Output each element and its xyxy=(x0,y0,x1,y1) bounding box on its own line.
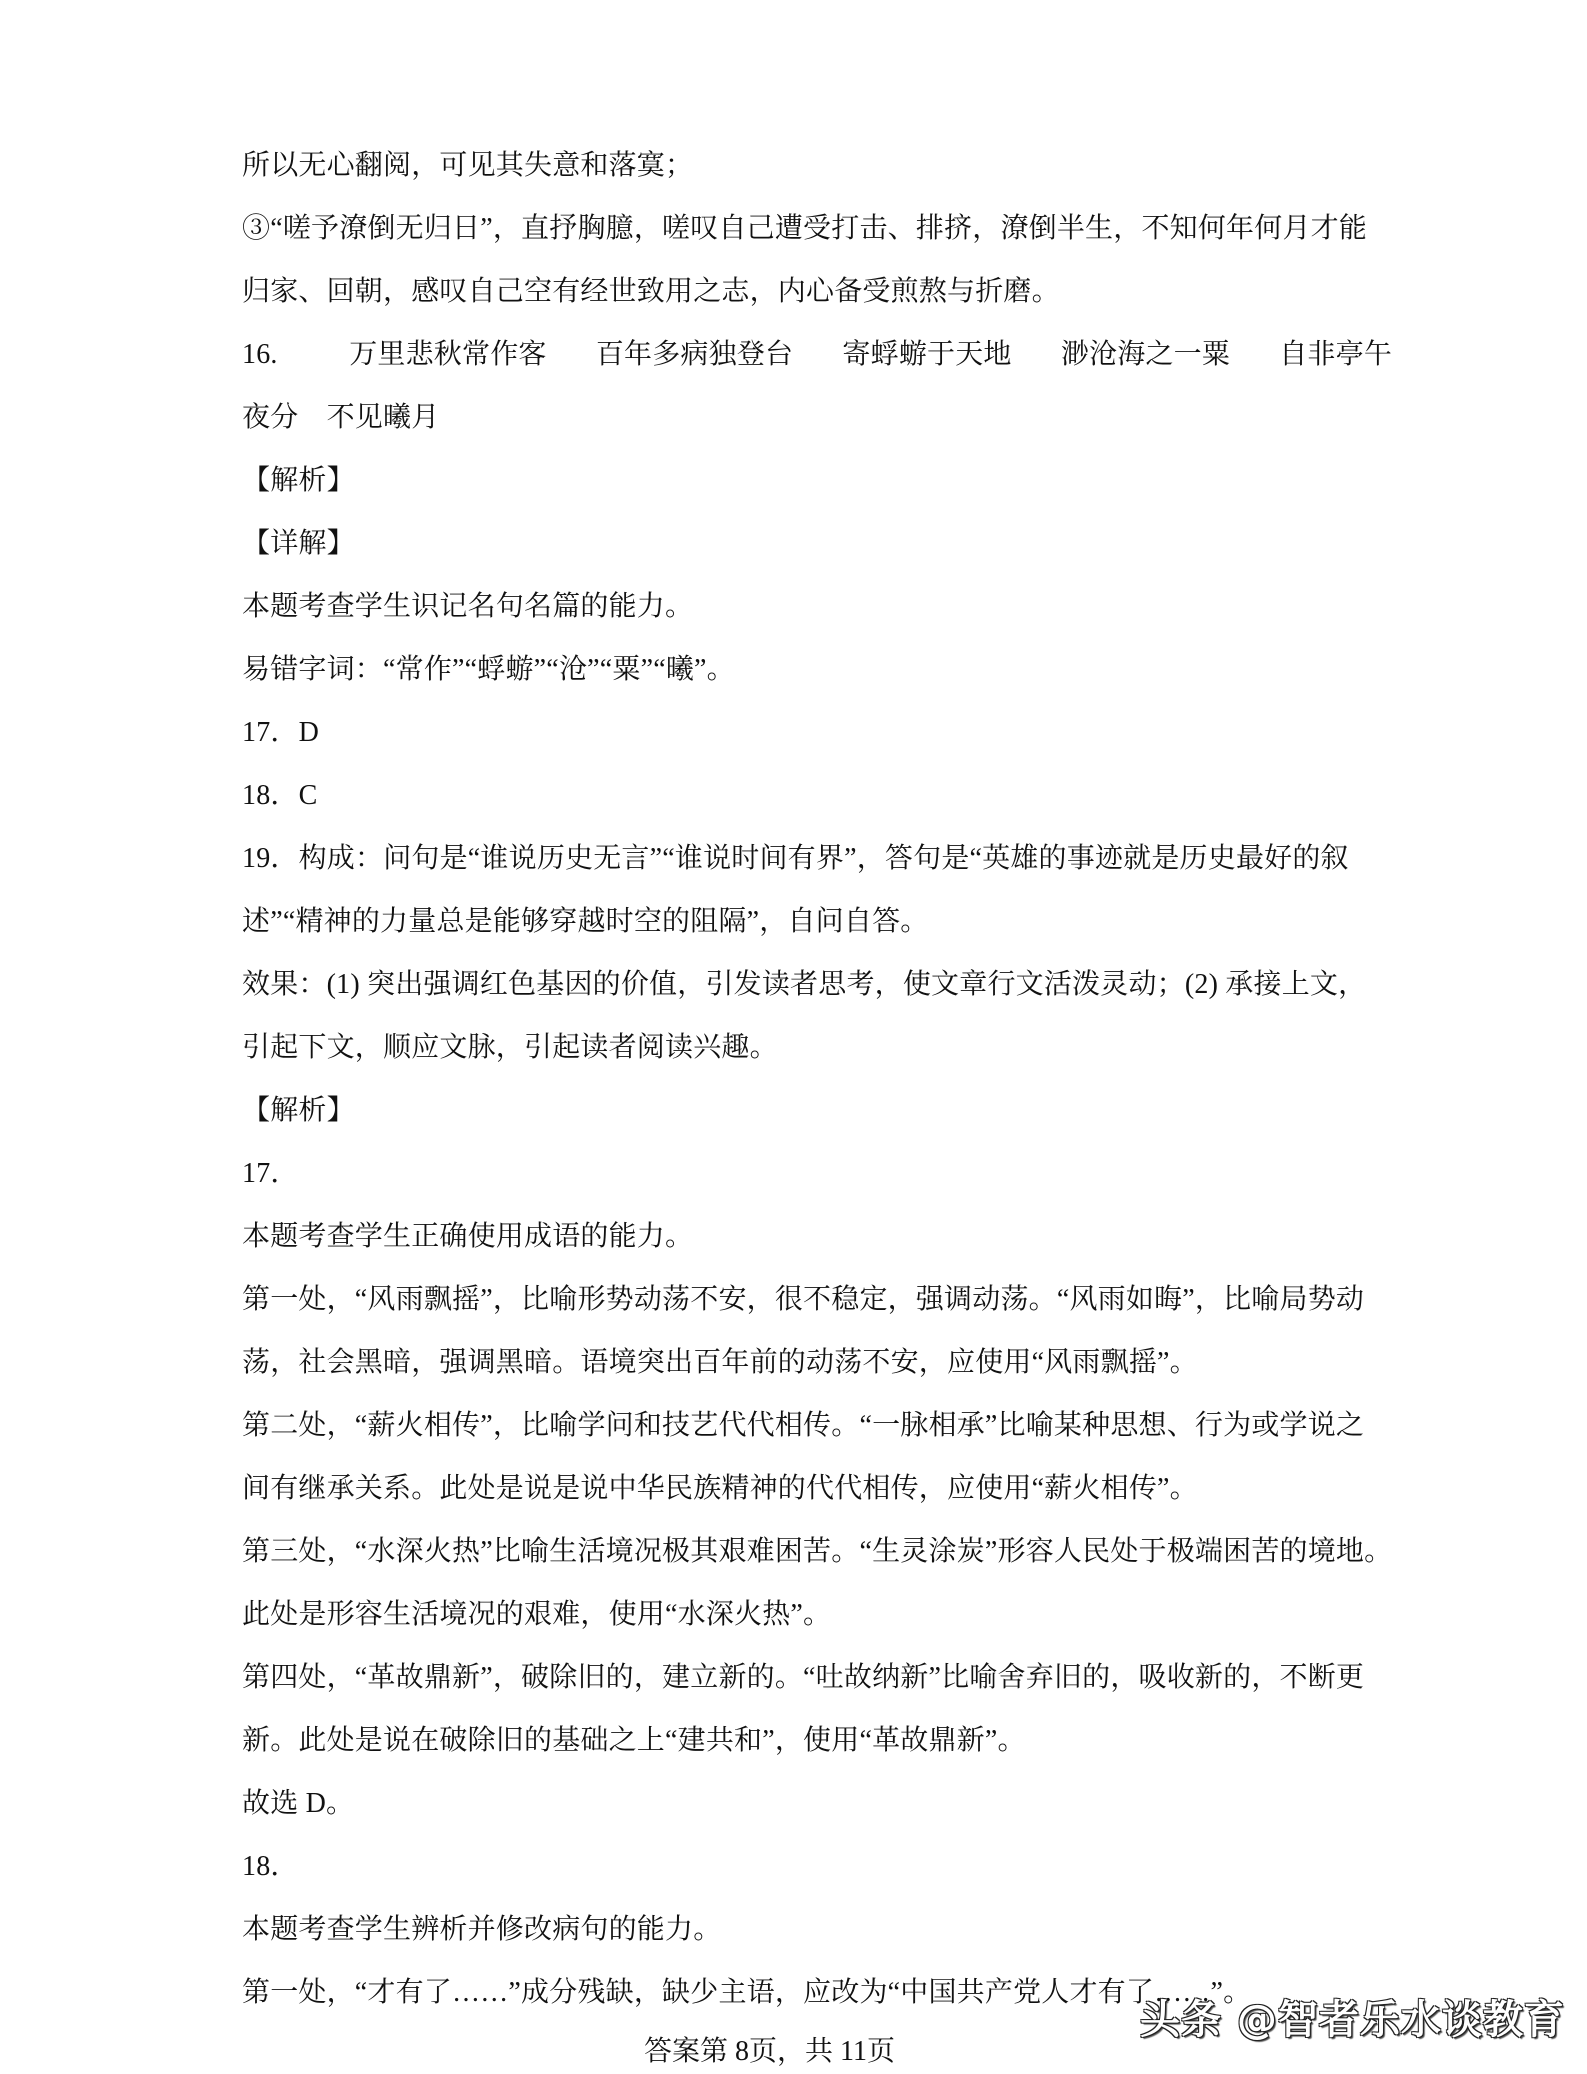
text-line: ③“嗟予潦倒无归日”，直抒胸臆，嗟叹自己遭受打击、排挤，潦倒半生，不知何年何月才… xyxy=(242,211,1362,247)
answer-phrase: 自非亭午 xyxy=(1279,337,1392,373)
text-line: 第二处，“薪火相传”，比喻学问和技艺代代相传。“一脉相承”比喻某种思想、行为或学… xyxy=(242,1408,1362,1444)
text-line: 新。此处是说在破除旧的基础之上“建共和”，使用“革故鼎新”。 xyxy=(242,1723,1362,1759)
section-heading: 【解析】 xyxy=(242,1093,1362,1129)
text-line: 归家、回朝，感叹自己空有经世致用之志，内心备受煎熬与折磨。 xyxy=(242,274,1362,310)
text-line: 此处是形容生活境况的艰难，使用“水深火热”。 xyxy=(242,1597,1362,1633)
document-page: 所以无心翻阅，可见其失意和落寞； ③“嗟予潦倒无归日”，直抒胸臆，嗟叹自己遭受打… xyxy=(0,0,1587,2074)
text-line: 本题考查学生正确使用成语的能力。 xyxy=(242,1219,1362,1255)
text-line: 第四处，“革故鼎新”，破除旧的，建立新的。“吐故纳新”比喻舍弃旧的，吸收新的，不… xyxy=(242,1660,1362,1696)
text-line: 易错字词：“常作”“蜉蝣”“沧”“粟”“曦”。 xyxy=(242,652,1362,688)
watermark: 头条 @智者乐水谈教育 xyxy=(1140,1996,1565,2044)
answer-line: 17．D xyxy=(242,715,1362,751)
text-line: 述”“精神的力量总是能够穿越时空的阻隔”，自问自答。 xyxy=(242,904,1362,940)
text-line: 19．构成：问句是“谁说历史无言”“谁说时间有界”，答句是“英雄的事迹就是历史最… xyxy=(242,841,1362,877)
text-line: 本题考查学生识记名句名篇的能力。 xyxy=(242,589,1362,625)
text-line: 第一处，“风雨飘摇”，比喻形势动荡不安，很不稳定，强调动荡。“风雨如晦”，比喻局… xyxy=(242,1282,1362,1318)
answer-phrase: 寄蜉蝣于天地 xyxy=(842,337,1011,373)
answer-line: 18．C xyxy=(242,778,1362,814)
text-line: 间有继承关系。此处是说是说中华民族精神的代代相传，应使用“薪火相传”。 xyxy=(242,1471,1362,1507)
text-line: 本题考查学生辨析并修改病句的能力。 xyxy=(242,1912,1362,1948)
q16-answer-line: 16. 万里悲秋常作客 百年多病独登台 寄蜉蝣于天地 渺沧海之一粟 自非亭午 xyxy=(242,337,1362,373)
answer-phrase: 渺沧海之一粟 xyxy=(1061,337,1230,373)
page-number: 答案第 8页，共 11页 xyxy=(644,2036,895,2067)
text-line: 第三处，“水深火热”比喻生活境况极其艰难困苦。“生灵涂炭”形容人民处于极端困苦的… xyxy=(242,1534,1362,1570)
text-line: 荡，社会黑暗，强调黑暗。语境突出百年前的动荡不安，应使用“风雨飘摇”。 xyxy=(242,1345,1362,1381)
section-heading: 【解析】 xyxy=(242,463,1362,499)
text-line: 故选 D。 xyxy=(242,1786,1362,1822)
question-number: 16. xyxy=(242,337,342,373)
text-line: 夜分 不见曦月 xyxy=(242,400,1362,436)
answer-phrase: 万里悲秋常作客 xyxy=(349,337,546,373)
text-line: 引起下文，顺应文脉，引起读者阅读兴趣。 xyxy=(242,1030,1362,1066)
answer-phrase: 百年多病独登台 xyxy=(596,337,793,373)
question-number: 17． xyxy=(242,1156,1362,1192)
text-line: 效果：(1) 突出强调红色基因的价值，引发读者思考，使文章行文活泼灵动；(2) … xyxy=(242,967,1362,1003)
question-number: 18． xyxy=(242,1849,1362,1885)
section-heading: 【详解】 xyxy=(242,526,1362,562)
text-line: 所以无心翻阅，可见其失意和落寞； xyxy=(242,148,1362,184)
